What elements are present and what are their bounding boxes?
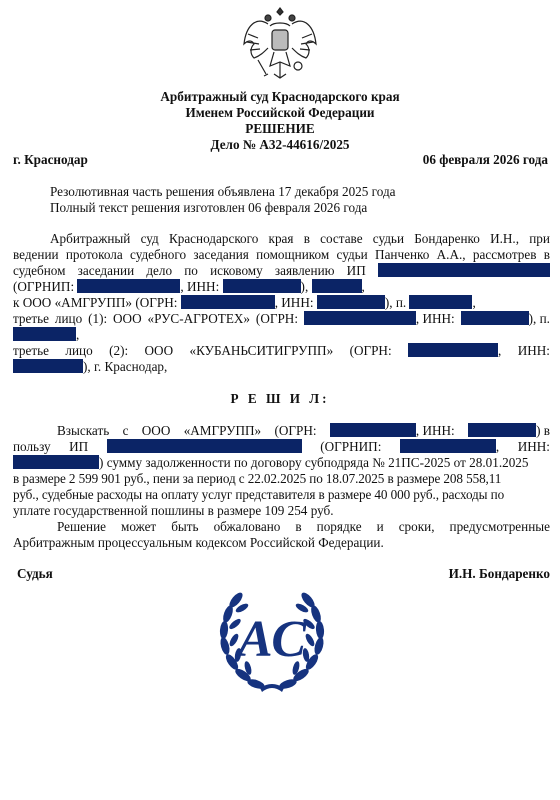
- word: ООО: [142, 423, 171, 439]
- word: ,: [496, 439, 499, 454]
- court-name: Арбитражный суд Краснодарского края: [0, 89, 560, 105]
- word: края: [269, 231, 294, 247]
- redaction-block: [317, 295, 385, 309]
- redaction-block: [13, 359, 83, 373]
- word: ведении: [13, 247, 59, 263]
- full-text-note: Полный текст решения изготовлен 06 февра…: [50, 200, 367, 216]
- word: заседания: [193, 247, 249, 263]
- word: (1):: [88, 311, 107, 327]
- intro-line-1: АрбитражныйсудКраснодарскогокраявсоставе…: [50, 231, 550, 247]
- word: может: [121, 519, 156, 535]
- word: в: [544, 247, 550, 263]
- word: суд: [141, 231, 159, 247]
- ruling-line-5: руб., судебные расходы на оплату услуг п…: [13, 487, 504, 503]
- ruling-line-6: уплате государственной пошлины в размере…: [13, 503, 334, 519]
- word: лицо: [55, 311, 82, 327]
- word: составе: [320, 231, 362, 247]
- redaction-block: [409, 295, 472, 309]
- word: Взыскать: [57, 423, 109, 439]
- word: Панченко: [375, 247, 429, 263]
- word: помощником: [256, 247, 329, 263]
- in-name-of: Именем Российской Федерации: [0, 105, 560, 121]
- arbitration-court-monogram-seal-icon: АС: [216, 580, 328, 698]
- case-number: Дело № А32-44616/2025: [0, 137, 560, 153]
- russian-coat-of-arms-icon: [238, 4, 322, 88]
- announced-note: Резолютивная часть решения объявлена 17 …: [50, 184, 396, 200]
- ruling-line-3: ) сумму задолженности по договору субпод…: [13, 455, 529, 471]
- intro-line-2: ведениипротоколасудебногозаседанияпомощн…: [13, 247, 550, 263]
- redaction-block: [408, 343, 498, 357]
- word: обжаловано: [214, 519, 281, 535]
- intro-line-9: ), г. Краснодар,: [13, 359, 167, 375]
- word: дело: [146, 263, 172, 279]
- word: предусмотренные: [450, 519, 550, 535]
- word: в: [304, 231, 310, 247]
- word: в: [295, 519, 301, 535]
- word: ООО: [145, 343, 174, 359]
- word: ИНН:: [518, 343, 550, 359]
- word: сроки,: [399, 519, 435, 535]
- redaction-block: [77, 279, 180, 293]
- ruling-line-1: ВзыскатьсООО«АМГРУПП»(ОГРН:, ИНН:) в: [57, 423, 550, 439]
- word: заседании: [78, 263, 135, 279]
- word: при: [529, 231, 550, 247]
- decided-heading: Р Е Ш И Л:: [0, 391, 560, 407]
- word: третье: [13, 311, 49, 327]
- word: ), п.: [529, 311, 550, 326]
- intro-line-8: третьелицо(2):ООО«КУБАНЬСИТИГРУПП»(ОГРН:…: [13, 343, 550, 359]
- redaction-block: [181, 295, 275, 309]
- word: «РУС-АГРОТЕХ»: [148, 311, 251, 327]
- judge-label: Судья: [17, 566, 53, 582]
- word: А.А.,: [437, 247, 466, 263]
- word: судебного: [130, 247, 186, 263]
- word: (ОГРН:: [274, 423, 316, 439]
- word: Арбитражный: [50, 231, 130, 247]
- redaction-block: [468, 423, 536, 437]
- word: (2):: [109, 343, 128, 359]
- redaction-block: [330, 423, 416, 437]
- redaction-block: [107, 439, 302, 453]
- word: третье: [13, 343, 49, 359]
- redaction-block: [312, 279, 362, 293]
- word: Бондаренко: [414, 231, 480, 247]
- word: ) в: [536, 423, 550, 438]
- word: по: [184, 263, 198, 279]
- word: ,: [498, 343, 501, 358]
- word: «КУБАНЬСИТИГРУПП»: [190, 343, 334, 359]
- city: г. Краснодар: [13, 152, 88, 168]
- redaction-block: [13, 327, 76, 341]
- ruling-line-2: пользуИП(ОГРНИП:,ИНН:: [13, 439, 550, 455]
- redaction-block: [304, 311, 416, 325]
- svg-text:АС: АС: [235, 611, 307, 668]
- judge-name: И.Н. Бондаренко: [449, 566, 550, 582]
- appeal-line-2: Арбитражным процессуальным кодексом Росс…: [13, 535, 384, 551]
- appeal-line-1: Решениеможетбытьобжаловановпорядкеисроки…: [57, 519, 550, 535]
- word: И.Н.,: [490, 231, 519, 247]
- intro-line-7: ,: [13, 327, 79, 343]
- word: ИНН:: [518, 439, 550, 455]
- decision-date: 06 февраля 2026 года: [423, 152, 548, 168]
- word: ООО: [113, 311, 142, 327]
- word: (ОГРН:: [256, 311, 298, 327]
- word: лицо: [65, 343, 92, 359]
- redaction-block: [223, 279, 301, 293]
- word: ИП: [69, 439, 88, 455]
- word: судебном: [13, 263, 65, 279]
- court-decision-page: Арбитражный суд Краснодарского края Имен…: [0, 0, 560, 800]
- word: (ОГРН:: [350, 343, 392, 359]
- word: Решение: [57, 519, 106, 535]
- redaction-block: [461, 311, 529, 325]
- redaction-block: [378, 263, 550, 277]
- word: судьи: [337, 247, 368, 263]
- intro-line-4: (ОГРНИП: , ИНН: ), ,: [13, 279, 365, 295]
- word: с: [123, 423, 129, 439]
- word: рассмотрев: [473, 247, 537, 263]
- intro-line-5: к ООО «АМГРУПП» (ОГРН: , ИНН: ), п. ,: [13, 295, 476, 311]
- word: пользу: [13, 439, 51, 455]
- word: ИП: [347, 263, 366, 279]
- word: протокола: [66, 247, 123, 263]
- word: , ИНН:: [416, 311, 455, 326]
- word: исковому: [210, 263, 263, 279]
- redaction-block: [400, 439, 496, 453]
- document-type: РЕШЕНИЕ: [0, 121, 560, 137]
- word: «АМГРУПП»: [184, 423, 261, 439]
- word: судьи: [373, 231, 404, 247]
- word: (ОГРНИП:: [320, 439, 381, 455]
- word: и: [377, 519, 384, 535]
- intro-line-6: третьелицо(1):ООО«РУС-АГРОТЕХ»(ОГРН:, ИН…: [13, 311, 550, 327]
- redaction-block: [13, 455, 99, 469]
- word: быть: [171, 519, 198, 535]
- intro-line-3: судебномзаседанииделопоисковомузаявлению…: [13, 263, 550, 279]
- word: , ИНН:: [416, 423, 455, 438]
- word: Краснодарского: [169, 231, 258, 247]
- ruling-line-4: в размере 2 599 901 руб., пени за период…: [13, 471, 501, 487]
- word: порядке: [317, 519, 362, 535]
- word: заявлению: [275, 263, 335, 279]
